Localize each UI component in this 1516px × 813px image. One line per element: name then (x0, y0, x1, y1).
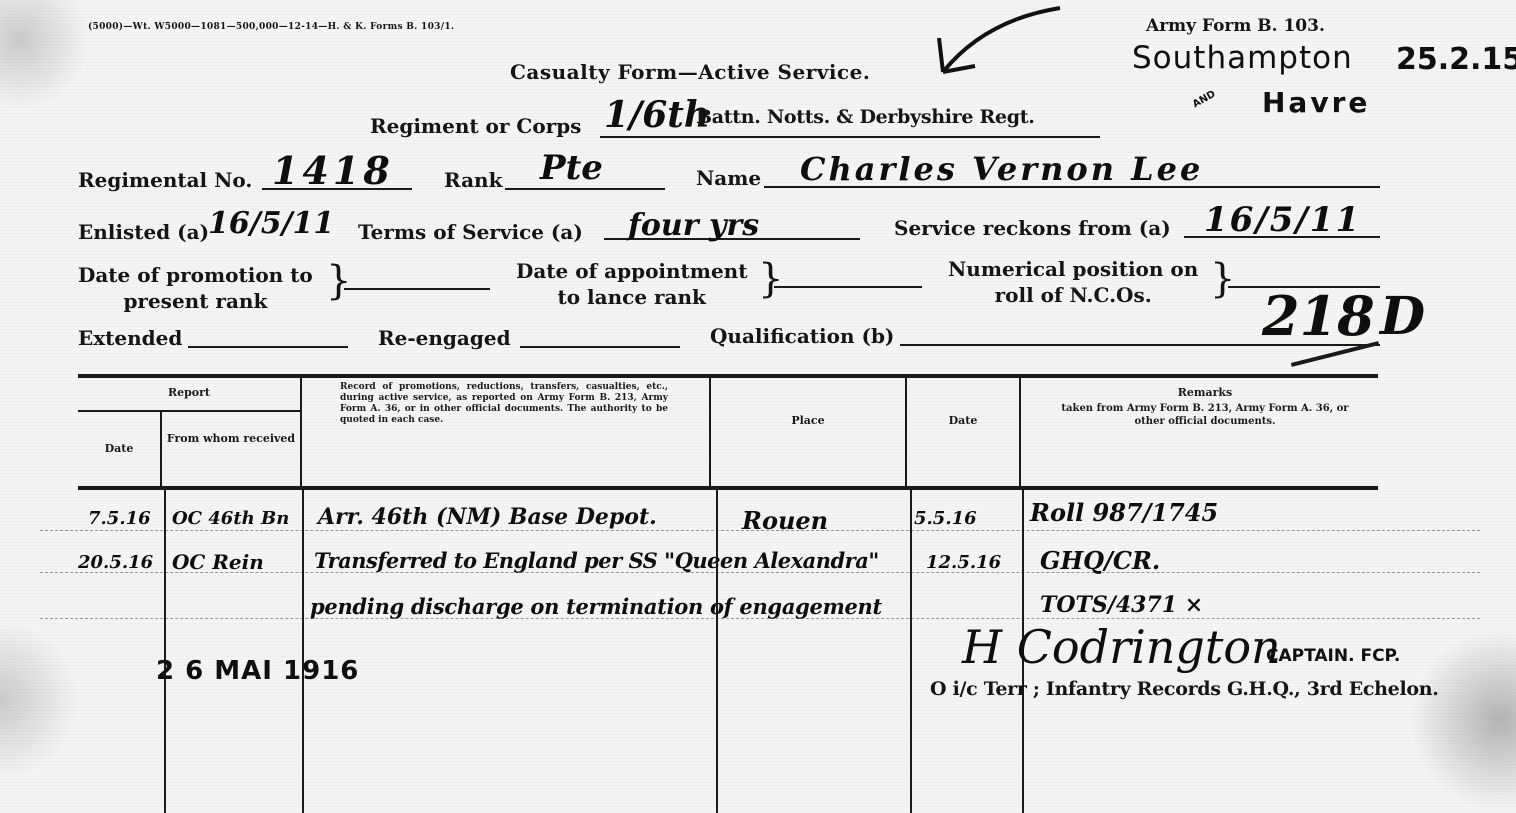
col-divider-4 (910, 488, 912, 813)
office-line: O i/c Terr ; Infantry Records G.H.Q., 3r… (930, 678, 1439, 700)
appointment-label-line1: Date of appointment (516, 258, 747, 284)
row1-record: Arr. 46th (NM) Base Depot. (318, 504, 657, 530)
row1-from-whom: OC 46th Bn (172, 508, 289, 529)
rank-label: Rank (444, 168, 502, 192)
nco-label: Numerical position on roll of N.C.Os. (948, 256, 1198, 308)
row2-report-date: 20.5.16 (78, 552, 153, 573)
col-divider-3 (716, 488, 718, 813)
reckons-label: Service reckons from (a) (894, 216, 1171, 240)
nco-label-line2: roll of N.C.Os. (948, 282, 1198, 308)
name-label: Name (696, 166, 761, 190)
table-header-rule (78, 486, 1378, 490)
row1-date: 5.5.16 (914, 508, 977, 529)
margin-note: 218 (1262, 284, 1375, 348)
col-divider-1 (164, 488, 166, 813)
form-number: Army Form B. 103. (1146, 16, 1325, 36)
annotation-port: Southampton (1132, 40, 1353, 76)
arrow-annotation-icon (925, 0, 1065, 80)
rank-line (505, 188, 665, 190)
nco-label-line1: Numerical position on (948, 256, 1198, 282)
header-from-whom: From whom received (166, 432, 296, 446)
brace-3: } (1210, 256, 1235, 302)
annotation-and: AND (1191, 89, 1218, 111)
col-divider-header-3 (709, 376, 711, 488)
regiment-value-printed: Battn. Notts. & Derbyshire Regt. (696, 106, 1035, 128)
regiment-label: Regiment or Corps (370, 114, 581, 138)
signature-title: CAPTAIN. FCP. (1266, 646, 1400, 666)
col-divider-header-1 (160, 412, 162, 488)
brace-2: } (758, 256, 783, 302)
promotion-label-line2: present rank (78, 288, 313, 314)
table-top-rule (78, 374, 1378, 378)
row3-remarks: TOTS/4371 × (1040, 592, 1203, 618)
date-stamp: 2 6 MAI 1916 (156, 656, 359, 686)
enlisted-value: 16/5/11 (208, 206, 334, 241)
enlisted-label: Enlisted (a) (78, 220, 209, 244)
row1-report-date: 7.5.16 (88, 508, 151, 529)
header-date2: Date (908, 414, 1018, 427)
form-title: Casualty Form—Active Service. (510, 60, 870, 84)
header-remarks-title: Remarks (1060, 386, 1350, 399)
regimental-no-value: 1418 (272, 148, 394, 193)
annotation-date: 25.2.15 (1396, 42, 1516, 77)
row2-from-whom: OC Rein (172, 550, 264, 574)
name-value: Charles Vernon Lee (800, 150, 1203, 188)
row2-record: Transferred to England per SS "Queen Ale… (314, 548, 879, 573)
brace-1: } (326, 258, 351, 304)
reckons-value: 16/5/11 (1204, 200, 1361, 240)
rank-value: Pte (540, 148, 603, 188)
col-divider-header-4 (905, 376, 907, 488)
regimental-no-label: Regimental No. (78, 168, 252, 192)
reengaged-line (520, 346, 680, 348)
regiment-value-handwritten: 1/6th (604, 94, 710, 136)
row3-record: pending discharge on termination of enga… (310, 594, 882, 619)
promotion-label: Date of promotion to present rank (78, 262, 313, 314)
header-report: Report (78, 386, 300, 399)
header-place: Place (712, 414, 904, 427)
regiment-field-line (600, 136, 1100, 138)
report-sub-rule (78, 410, 300, 412)
promotion-label-line1: Date of promotion to (78, 262, 313, 288)
extended-line (188, 346, 348, 348)
appointment-label: Date of appointment to lance rank (516, 258, 747, 310)
appointment-label-line2: to lance rank (516, 284, 747, 310)
row1-remarks: Roll 987/1745 (1030, 498, 1218, 527)
signature: H Codrington (962, 620, 1281, 674)
row1-place: Rouen (742, 506, 828, 535)
header-remarks: taken from Army Form B. 213, Army Form A… (1060, 402, 1350, 428)
header-record: Record of promotions, reductions, transf… (340, 382, 668, 426)
annotation-destination: Havre (1262, 86, 1370, 119)
terms-label: Terms of Service (a) (358, 220, 583, 244)
margin-note-2: D (1380, 286, 1425, 347)
qualification-label: Qualification (b) (710, 324, 894, 348)
appointment-line (774, 286, 922, 288)
row2-remarks: GHQ/CR. (1040, 546, 1160, 575)
col-divider-2 (302, 488, 304, 813)
promotion-line (344, 288, 490, 290)
extended-label: Extended (78, 326, 182, 350)
reengaged-label: Re-engaged (378, 326, 511, 350)
col-divider-header-2 (300, 376, 302, 488)
col-divider-header-5 (1019, 376, 1021, 488)
header-date: Date (80, 442, 158, 455)
printer-line: (5000)—Wt. W5000—1081—500,000—12-14—H. &… (88, 22, 454, 32)
row2-date: 12.5.16 (926, 552, 1001, 573)
terms-value: four yrs (628, 208, 759, 243)
